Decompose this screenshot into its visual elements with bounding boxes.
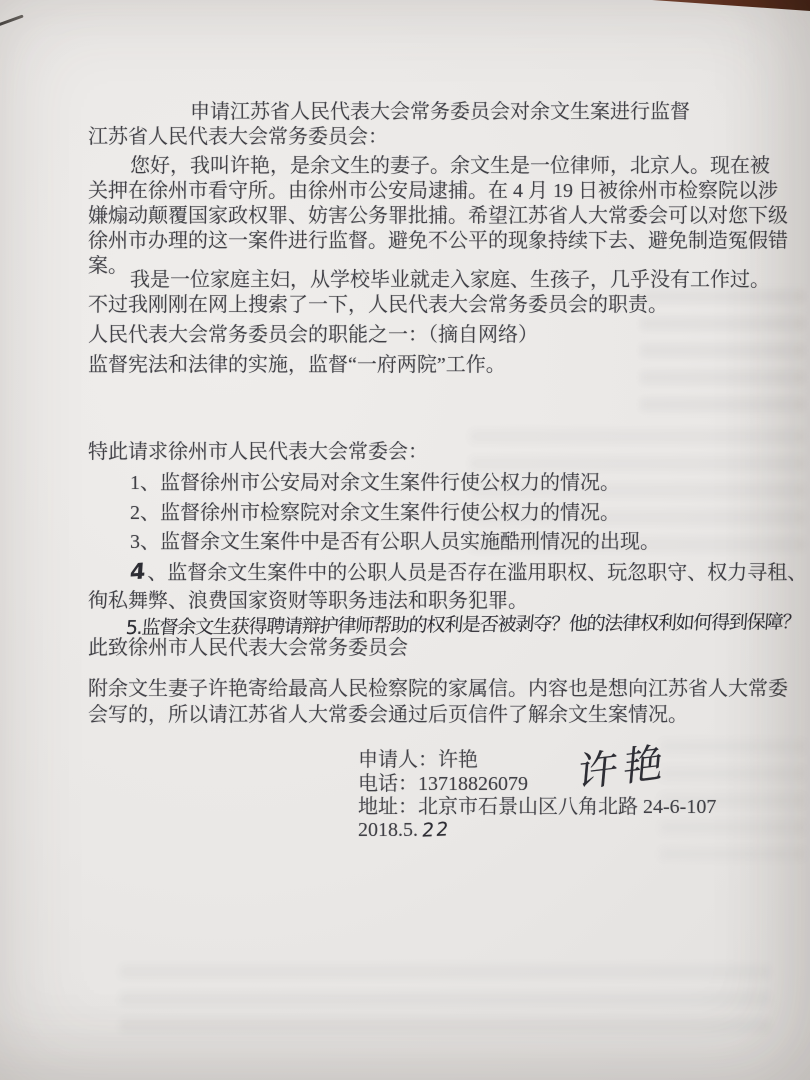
paragraph-line: 不过我刚刚在网上搜索了一下，人民代表大会常务委员会的职责。 [88,293,770,318]
paragraph-background: 我是一位家庭主妇，从学校毕业就走入家庭、生孩子，几乎没有工作过。 不过我刚刚在网… [88,268,770,318]
document-photo: 申请江苏省人民代表大会常务委员会对余文生案进行监督 江苏省人民代表大会常务委员会… [0,0,810,1080]
request-heading: 特此请求徐州市人民代表大会常委会： [88,440,428,465]
date-handwritten: 22 [420,817,452,843]
paragraph-intro: 您好，我叫许艳，是余文生的妻子。余文生是一位律师，北京人。现在被 关押在徐州市看… [88,154,788,279]
paragraph-line: 嫌煽动颠覆国家政权罪、妨害公务罪批捕。希望江苏省人大常委会可以对您下级 [88,204,788,229]
paragraph-line: 徐州市办理的这一案件进行监督。避免不公平的现象持续下去、避免制造冤假错 [88,229,788,254]
request-items: 1、监督徐州市公安局对余文生案件行使公权力的情况。 2、监督徐州市检察院对余文生… [88,471,807,619]
request-item-4: 4、监督余文生案件中的公职人员是否存在滥用职权、玩忽职守、权力寻租、 [88,560,807,590]
duty-heading: 人民代表大会常务委员会的职能之一：（摘自网络） [88,323,538,353]
address-line: 地址：北京市石景山区八角北路 24-6-107 [358,795,716,818]
request-item-2: 2、监督徐州市检察院对余文生案件行使公权力的情况。 [88,501,807,531]
bleed-through-smudge [120,965,770,1045]
attachment-line: 会写的，所以请江苏省人大常委会通过后页信件了解余文生案情况。 [88,703,788,728]
date-printed: 2018.5. [358,819,418,841]
paragraph-line: 关押在徐州市看守所。由徐州市公安局逮捕。在 4 月 19 日被徐州市检察院以涉 [88,179,788,204]
duty-text: 监督宪法和法律的实施，监督“一府两院”工作。 [88,353,538,378]
request-item-1: 1、监督徐州市公安局对余文生案件行使公权力的情况。 [88,471,807,501]
document-title: 申请江苏省人民代表大会常务委员会对余文生案进行监督 [190,100,690,125]
duty-section: 人民代表大会常务委员会的职能之一：（摘自网络） 监督宪法和法律的实施，监督“一府… [88,323,538,378]
attachment-line: 附余文生妻子许艳寄给最高人民检察院的家属信。内容也是想向江苏省人大常委 [88,677,788,703]
handwritten-number-4: 4 [129,559,146,585]
request-item-4-text: 、监督余文生案件中的公职人员是否存在滥用职权、玩忽职守、权力寻租、 [147,562,807,584]
corner-pen-mark [0,14,24,26]
request-item-3: 3、监督余文生案件中是否有公职人员实施酷刑情况的出现。 [88,530,807,560]
date-line: 2018.5.22 [358,818,716,843]
attachment-note: 附余文生妻子许艳寄给最高人民检察院的家属信。内容也是想向江苏省人大常委 会写的，… [88,677,788,728]
table-surface-edge [652,0,810,11]
closing-line: 此致徐州市人民代表大会常务委员会 [88,636,408,661]
paragraph-line: 您好，我叫许艳，是余文生的妻子。余文生是一位律师，北京人。现在被 [88,154,788,179]
paragraph-line: 我是一位家庭主妇，从学校毕业就走入家庭、生孩子，几乎没有工作过。 [88,268,770,293]
salutation: 江苏省人民代表大会常务委员会： [88,125,388,150]
handwritten-signature: 许艳 [576,730,672,799]
